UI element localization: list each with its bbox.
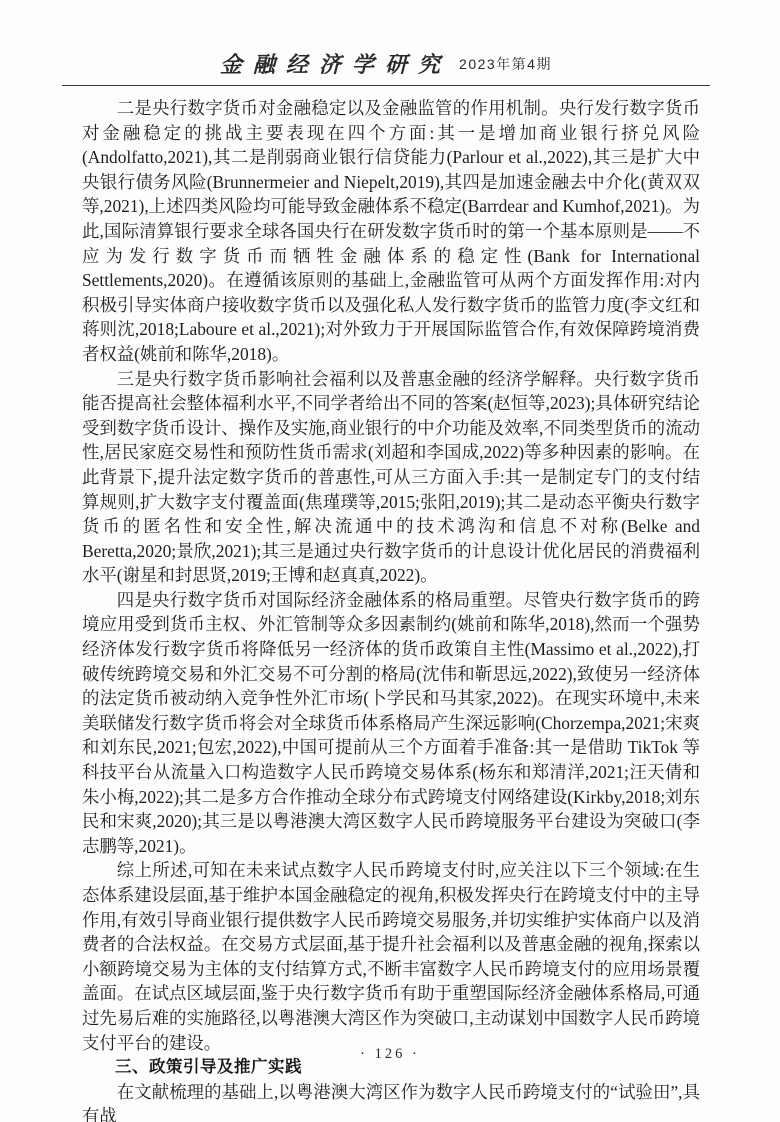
header-rule [62,85,710,86]
page-header: 金融经济学研究 2023年第4期 [62,48,710,79]
journal-title: 金融经济学研究 [220,48,451,79]
body-paragraph: 二是央行数字货币对金融稳定以及金融监管的作用机制。央行发行数字货币对金融稳定的挑… [82,96,700,367]
journal-page: 金融经济学研究 2023年第4期 二是央行数字货币对金融稳定以及金融监管的作用机… [0,0,780,1122]
article-body: 二是央行数字货币对金融稳定以及金融监管的作用机制。央行发行数字货币对金融稳定的挑… [82,96,700,1122]
body-paragraph: 四是央行数字货币对国际经济金融体系的格局重塑。尽管央行数字货币的跨境应用受到货币… [82,588,700,859]
page-number: · 126 · [0,1046,780,1063]
body-paragraph: 综上所述,可知在未来试点数字人民币跨境支付时,应关注以下三个领域:在生态体系建设… [82,858,700,1055]
body-paragraph: 在文献梳理的基础上,以粤港澳大湾区作为数字人民币跨境支付的“试验田”,具有战 [82,1080,700,1122]
body-paragraph: 三是央行数字货币影响社会福利以及普惠金融的经济学解释。央行数字货币能否提高社会整… [82,367,700,588]
issue-label: 2023年第4期 [459,54,552,74]
